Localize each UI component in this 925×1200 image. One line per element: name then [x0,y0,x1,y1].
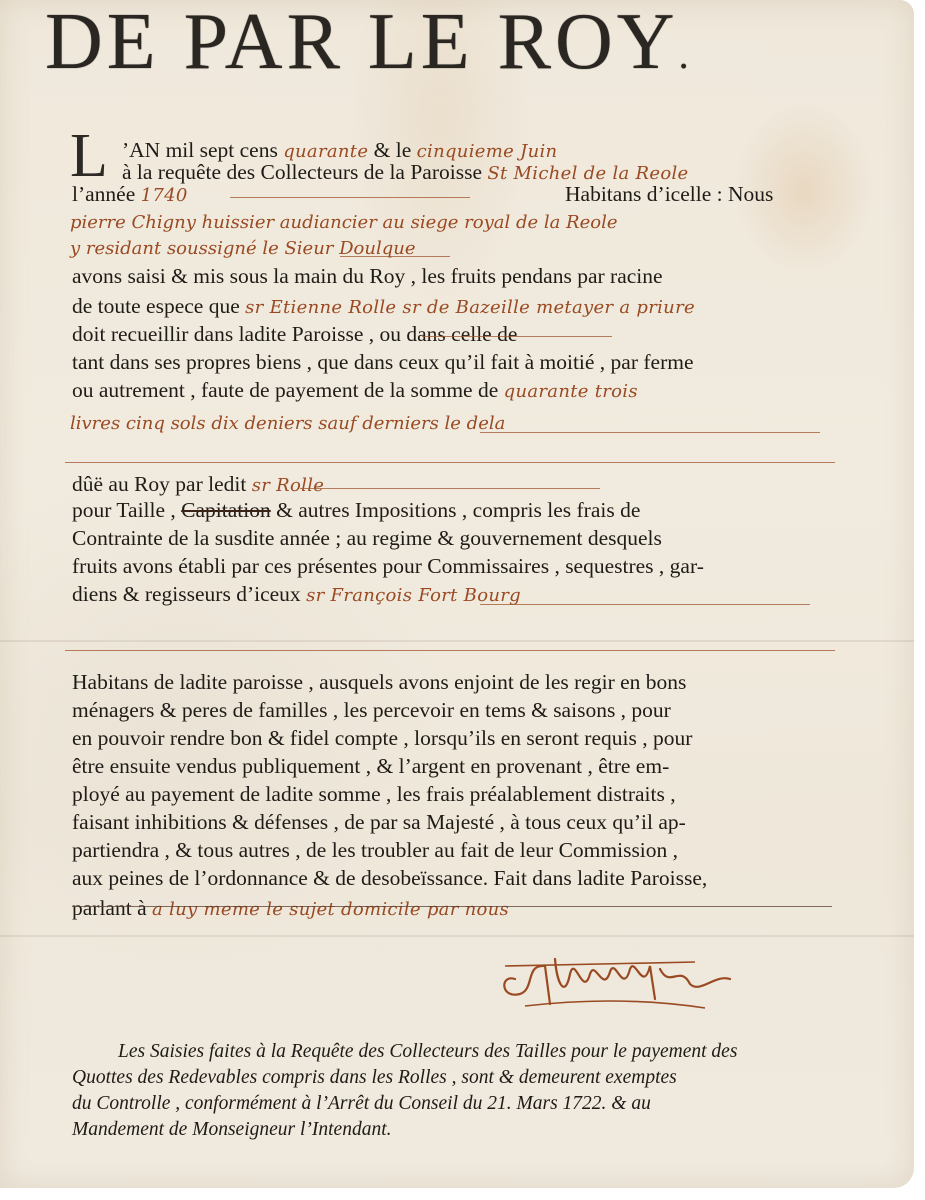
document-title: DE PAR LE ROY. [45,2,805,95]
printed-line-20: être ensuite vendus publiquement , & l’a… [72,754,669,778]
printed-line-12: dûë au Roy par ledit sr Rolle [72,472,324,498]
fill-rule [480,604,810,605]
printed-line-21: ployé au payement de ladite somme , les … [72,782,676,806]
printed-line-14: Contrainte de la susdite année ; au regi… [72,526,662,550]
printed-line-25: parlant à a luy meme le sujet domicile p… [72,896,509,922]
handwritten-amount-a: quarante trois [504,381,638,402]
handwritten-year: 1740 [141,185,188,206]
fill-rule [65,462,835,463]
printed-line-19: en pouvoir rendre bon & fidel compte , l… [72,726,692,750]
handwritten-parish: St Michel de la Reole [487,163,688,184]
handwritten-line-4: pierre Chigny huissier audiancier au sie… [70,212,618,234]
footer-line-2: Quottes des Redevables compris dans les … [72,1066,677,1090]
fold-crease [0,935,914,937]
handwritten-guardian: sr François Fort Bourg [306,585,521,606]
handwritten-served: a luy meme le sujet domicile par nous [152,899,509,920]
fold-crease [0,640,914,642]
printed-line-9: tant dans ses propres biens , que dans c… [72,350,694,374]
document-paper: DE PAR LE ROY. L ’AN mil sept cens quara… [0,0,914,1188]
handwritten-year-words: quarante [283,141,368,162]
printed-line-15: fruits avons établi par ces présentes po… [72,554,704,578]
fill-rule [480,432,820,433]
fill-rule [72,906,832,907]
printed-line-16: diens & regisseurs d’iceux sr François F… [72,582,521,608]
printed-line-17: Habitans de ladite paroisse , ausquels a… [72,670,686,694]
printed-line-13: pour Taille , Capitation & autres Imposi… [72,498,640,522]
footer-line-4: Mandement de Monseigneur l’Intendant. [72,1118,392,1142]
footer-line-1: Les Saisies faites à la Requête des Coll… [118,1040,737,1064]
fill-rule [300,488,600,489]
printed-line-22: faisant inhibitions & défenses , de par … [72,810,686,834]
fill-rule [340,256,450,257]
printed-line-10: ou autrement , faute de payement de la s… [72,378,638,404]
printed-line-18: ménagers & peres de familles , les perce… [72,698,671,722]
printed-line-3b: Habitans d’icelle : Nous [565,182,773,206]
printed-line-6: avons saisi & mis sous la main du Roy , … [72,264,663,288]
fill-rule [422,336,612,337]
handwritten-amount-b: livres cinq sols dix deniers sauf dernie… [70,413,505,435]
handwritten-debtor-short: sr Rolle [252,475,325,496]
printed-line-23: partiendra , & tous autres , de les trou… [72,838,678,862]
printed-line-7: de toute espece que sr Etienne Rolle sr … [72,294,695,320]
footer-line-3: du Controlle , conformément à l’Arrêt du… [72,1092,651,1116]
fill-rule [230,197,470,198]
handwritten-day: cinquieme Juin [417,141,558,162]
printed-line-8: doit recueillir dans ladite Paroisse , o… [72,322,517,346]
fill-rule [65,650,835,651]
drop-cap: L [70,128,108,184]
struck-word: Capitation [181,498,271,522]
handwritten-debtor: sr Etienne Rolle sr de Bazeille metayer … [245,297,695,318]
signature-icon [495,944,755,1014]
printed-line-24: aux peines de l’ordonnance & de desobeïs… [72,866,707,890]
printed-line-3: l’année 1740 [72,182,188,208]
